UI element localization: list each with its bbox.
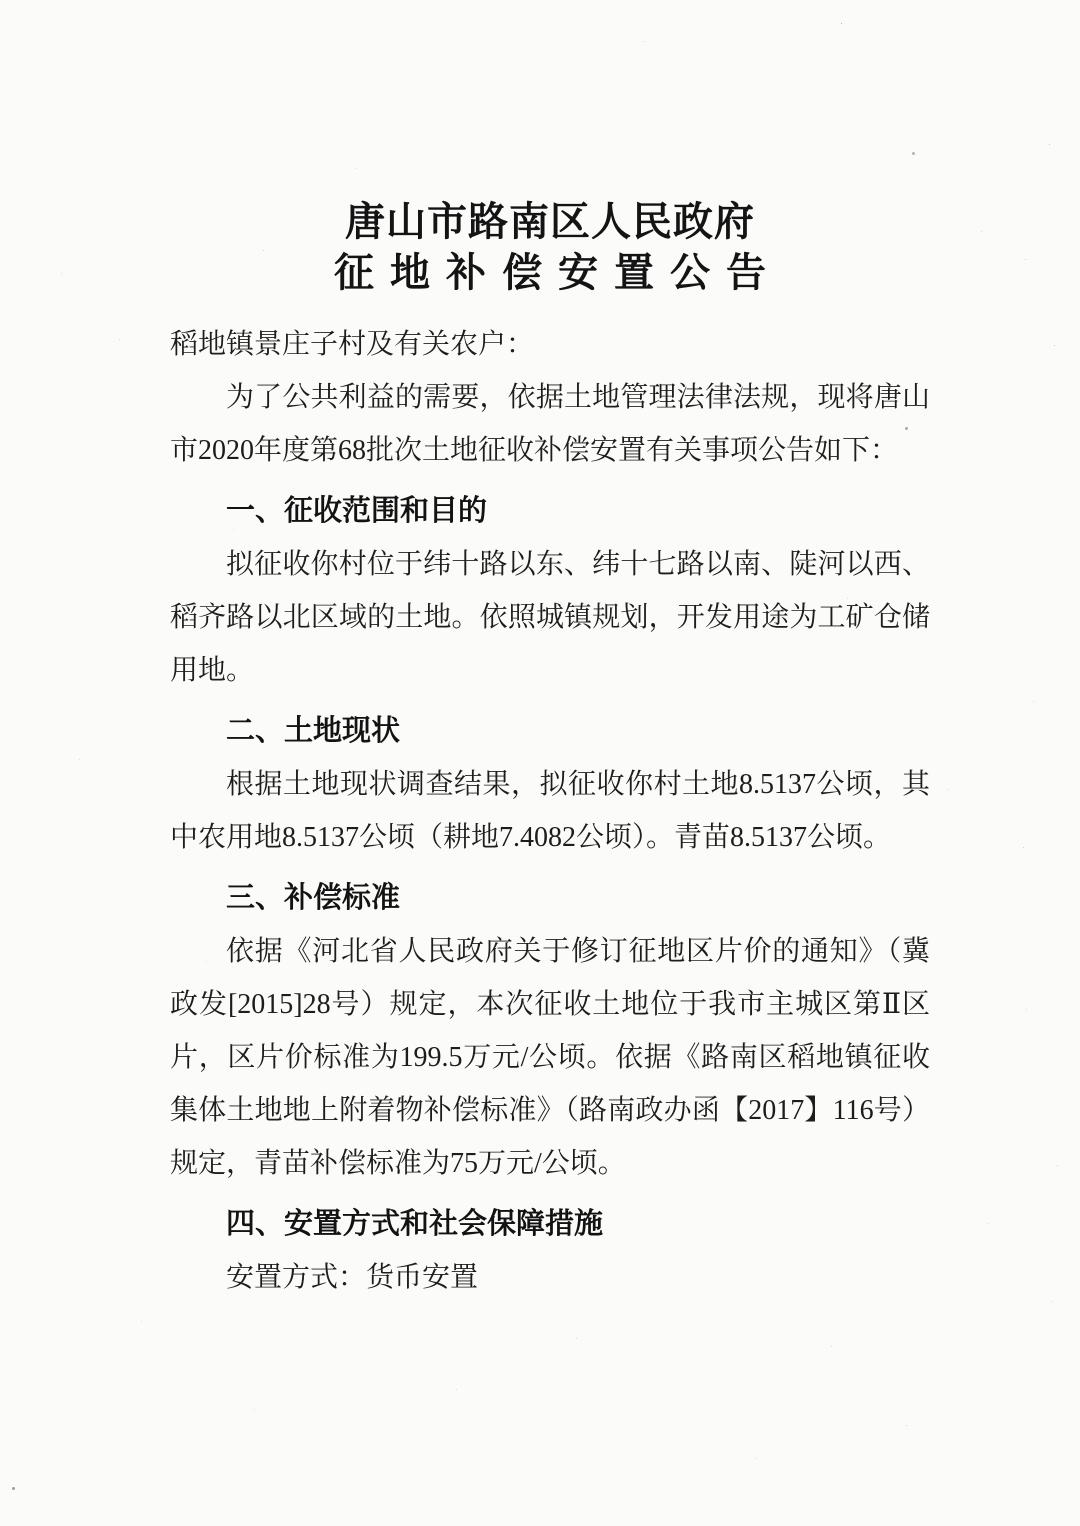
section-3-paragraph: 依据《河北省人民政府关于修订征地区片价的通知》（冀 政发[2015]28号）规定… (170, 925, 930, 1190)
body-line: 依据《河北省人民政府关于修订征地区片价的通知》（冀 (170, 925, 930, 978)
scan-noise (0, 0, 3, 3)
body-line: 根据土地现状调查结果，拟征收你村土地8.5137公顷，其 (170, 758, 930, 811)
body-line: 拟征收你村位于纬十路以东、纬十七路以南、陡河以西、 (170, 538, 930, 591)
body-line: 安置方式：货币安置 (170, 1251, 930, 1304)
body-line: 政发[2015]28号）规定，本次征收土地位于我市主城区第Ⅱ区 (170, 978, 930, 1031)
intro-line: 为了公共利益的需要，依据土地管理法律法规，现将唐山 (170, 371, 930, 424)
section-4-heading: 四、安置方式和社会保障措施 (170, 1198, 930, 1251)
section-1-paragraph: 拟征收你村位于纬十路以东、纬十七路以南、陡河以西、 稻齐路以北区域的土地。依照城… (170, 538, 930, 697)
body-line: 中农用地8.5137公顷（耕地7.4082公顷）。青苗8.5137公顷。 (170, 811, 930, 864)
body-line: 稻齐路以北区域的土地。依照城镇规划，开发用途为工矿仓储 (170, 591, 930, 644)
salutation-line: 稻地镇景庄子村及有关农户： (170, 318, 930, 371)
intro-line: 市2020年度第68批次土地征收补偿安置有关事项公告如下： (170, 424, 930, 477)
document-title-line-2: 征地补偿安置公告 (170, 250, 930, 296)
intro-paragraph: 为了公共利益的需要，依据土地管理法律法规，现将唐山 市2020年度第68批次土地… (170, 371, 930, 477)
scanned-announcement-page: 唐山市路南区人民政府 征地补偿安置公告 稻地镇景庄子村及有关农户： 为了公共利益… (0, 0, 1080, 1526)
body-line: 集体土地地上附着物补偿标准》（路南政办函【2017】116号） (170, 1084, 930, 1137)
section-1-heading: 一、征收范围和目的 (170, 485, 930, 538)
section-2-paragraph: 根据土地现状调查结果，拟征收你村土地8.5137公顷，其 中农用地8.5137公… (170, 758, 930, 864)
body-line: 用地。 (170, 644, 930, 697)
section-3-heading: 三、补偿标准 (170, 872, 930, 925)
body-line: 规定，青苗补偿标准为75万元/公顷。 (170, 1137, 930, 1190)
announcement-document: 唐山市路南区人民政府 征地补偿安置公告 稻地镇景庄子村及有关农户： 为了公共利益… (170, 199, 930, 1304)
document-title-line-1: 唐山市路南区人民政府 (170, 199, 930, 245)
section-2-heading: 二、土地现状 (170, 705, 930, 758)
section-4-paragraph: 安置方式：货币安置 (170, 1251, 930, 1304)
body-line: 片，区片价标准为199.5万元/公顷。依据《路南区稻地镇征收 (170, 1031, 930, 1084)
